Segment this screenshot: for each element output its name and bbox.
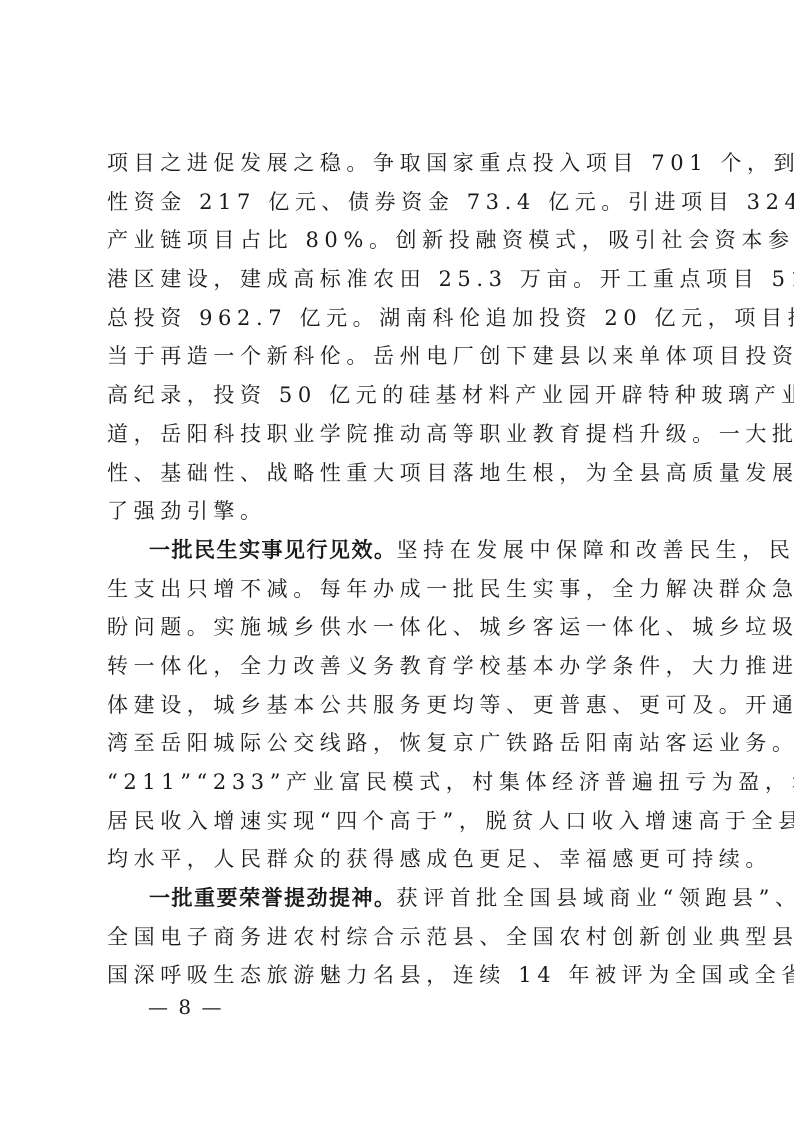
text-line: 了强劲引擎。 (107, 492, 695, 531)
page-number: — 8 — (148, 994, 223, 1020)
text-line: 国深呼吸生态旅游魅力名县，连续 14 年被评为全国或全省粮食 (107, 956, 695, 995)
document-page: 项目之进促发展之稳。争取国家重点投入项目 701 个，到位财政 性资金 217 … (0, 0, 794, 1122)
text-line: 居民收入增速实现“四个高于”，脱贫人口收入增速高于全县平 (107, 802, 695, 841)
paragraph-first-line: 一批重要荣誉提劲提神。获评首批全国县域商业“领跑县”、 (107, 879, 695, 918)
paragraph-text: 获评首批全国县域商业“领跑县”、 (397, 886, 794, 910)
text-line: 转一体化，全力改善义务教育学校基本办学条件，大力推进医共 (107, 647, 695, 686)
text-line: 湾至岳阳城际公交线路，恢复京广铁路岳阳南站客运业务。培育 (107, 724, 695, 763)
text-line: 体建设，城乡基本公共服务更均等、更普惠、更可及。开通荣家 (107, 686, 695, 725)
text-line: 性、基础性、战略性重大项目落地生根，为全县高质量发展打造 (107, 454, 695, 493)
text-line: 全国电子商务进农村综合示范县、全国农村创新创业典型县、全 (107, 918, 695, 957)
text-line: 生支出只增不减。每年办成一批民生实事，全力解决群众急难愁 (107, 570, 695, 609)
text-line: “211”“233”产业富民模式，村集体经济普遍扭亏为盈，农村 (107, 763, 695, 802)
text-line: 性资金 217 亿元、债券资金 73.4 亿元。引进项目 324 个，其中 (107, 183, 695, 222)
text-line: 港区建设，建成高标准农田 25.3 万亩。开工重点项目 519 个， (107, 260, 695, 299)
text-line: 总投资 962.7 亿元。湖南科伦追加投资 20 亿元，项目投产后相 (107, 299, 695, 338)
text-line: 高纪录，投资 50 亿元的硅基材料产业园开辟特种玻璃产业新赛 (107, 376, 695, 415)
paragraph-heading: 一批民生实事见行见效。 (149, 538, 397, 562)
text-line: 产业链项目占比 80%。创新投融资模式，吸引社会资本参与园区、 (107, 221, 695, 260)
paragraph-text: 坚持在发展中保障和改善民生，民 (397, 538, 794, 562)
text-line: 当于再造一个新科伦。岳州电厂创下建县以来单体项目投资额最 (107, 337, 695, 376)
paragraph-first-line: 一批民生实事见行见效。坚持在发展中保障和改善民生，民 (107, 531, 695, 570)
text-line: 道，岳阳科技职业学院推动高等职业教育提档升级。一大批全局 (107, 415, 695, 454)
text-line: 均水平，人民群众的获得感成色更足、幸福感更可持续。 (107, 840, 695, 879)
text-line: 项目之进促发展之稳。争取国家重点投入项目 701 个，到位财政 (107, 144, 695, 183)
text-line: 盼问题。实施城乡供水一体化、城乡客运一体化、城乡垃圾收运 (107, 608, 695, 647)
body-text: 项目之进促发展之稳。争取国家重点投入项目 701 个，到位财政 性资金 217 … (107, 144, 695, 995)
paragraph-heading: 一批重要荣誉提劲提神。 (149, 886, 397, 910)
